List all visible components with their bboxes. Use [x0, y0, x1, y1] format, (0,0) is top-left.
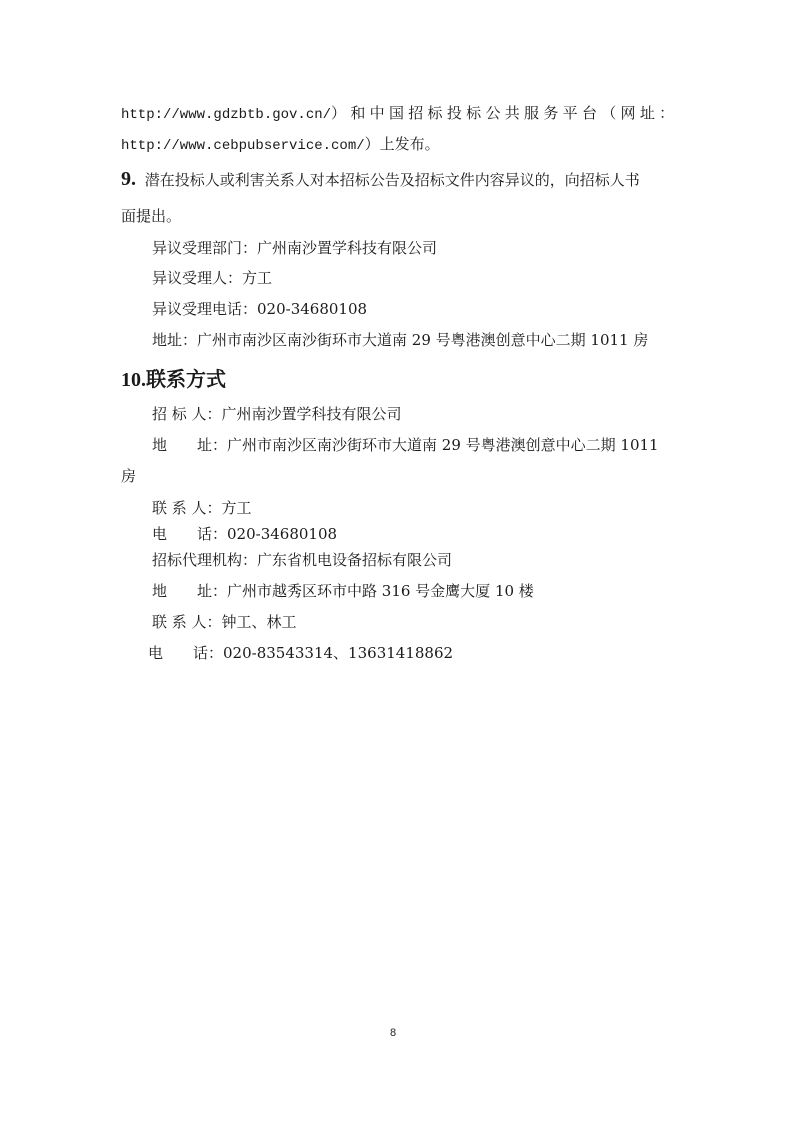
- url-gdzbtb[interactable]: http://www.gdzbtb.gov.cn/: [121, 107, 331, 123]
- section-10-heading: 10.联系方式: [121, 366, 226, 393]
- objection-department: 异议受理部门：广州南沙置学科技有限公司: [152, 238, 437, 258]
- objection-phone-value: 020-34680108: [257, 300, 367, 318]
- intro-text-2: ）上发布。: [365, 135, 440, 153]
- tenderer-phone-value: 020-34680108: [227, 525, 337, 543]
- agency-contact-value: 钟工、林工: [222, 613, 297, 631]
- section-10-title: 联系方式: [146, 367, 226, 391]
- objection-address-label: 地址：: [152, 331, 197, 349]
- tenderer-name-label: 招 标 人：: [152, 405, 222, 423]
- tenderer-contact-label: 联 系 人：: [152, 499, 222, 517]
- document-page: http://www.gdzbtb.gov.cn/）和中国招标投标公共服务平台（…: [0, 0, 794, 1123]
- agency-contact-label: 联 系 人：: [152, 613, 222, 631]
- objection-phone: 异议受理电话：020-34680108: [152, 299, 367, 319]
- tenderer-address: 地址：广州市南沙区南沙街环市大道南 29 号粤港澳创意中心二期 1011: [152, 435, 659, 455]
- agency-phone-value: 020-83543314、13631418862: [223, 644, 453, 662]
- tenderer-name: 招 标 人：广州南沙置学科技有限公司: [152, 404, 402, 424]
- agency-phone-label-2: 话：: [193, 644, 223, 662]
- objection-address-value: 广州市南沙区南沙街环市大道南 29 号粤港澳创意中心二期 1011 房: [197, 331, 648, 349]
- agency-name-label: 招标代理机构：: [152, 551, 257, 569]
- section-9-text-1: 潜在投标人或利害关系人对本招标公告及招标文件内容异议的，向招标人书: [145, 171, 640, 189]
- tenderer-name-value: 广州南沙置学科技有限公司: [222, 405, 402, 423]
- tenderer-phone-label-1: 电: [152, 524, 197, 544]
- section-9-line-2: 面提出。: [121, 206, 181, 226]
- tenderer-address-value-2: 房: [121, 467, 136, 485]
- page-number: 8: [390, 1027, 396, 1039]
- objection-address: 地址：广州市南沙区南沙街环市大道南 29 号粤港澳创意中心二期 1011 房: [152, 330, 648, 350]
- objection-contact-label: 异议受理人：: [152, 269, 242, 287]
- agency-address-label-2: 址：: [197, 582, 227, 600]
- intro-line-1: http://www.gdzbtb.gov.cn/）和中国招标投标公共服务平台（…: [121, 103, 678, 125]
- tenderer-address-label-2: 址：: [197, 436, 227, 454]
- intro-text-1: ）和中国招标投标公共服务平台（网址：: [331, 104, 678, 122]
- section-9-line-1: 9. 潜在投标人或利害关系人对本招标公告及招标文件内容异议的，向招标人书: [121, 169, 640, 190]
- url-cebpubservice[interactable]: http://www.cebpubservice.com/: [121, 138, 365, 154]
- agency-address: 地址：广州市越秀区环市中路 316 号金鹰大厦 10 楼: [152, 581, 534, 601]
- agency-phone: 电话：020-83543314、13631418862: [148, 643, 453, 663]
- objection-contact: 异议受理人：方工: [152, 268, 272, 288]
- section-10-number: 10.: [121, 369, 146, 391]
- section-9-text-2: 面提出。: [121, 207, 181, 225]
- agency-name-value: 广东省机电设备招标有限公司: [257, 551, 452, 569]
- tenderer-address-continuation: 房: [121, 466, 136, 486]
- intro-line-2: http://www.cebpubservice.com/）上发布。: [121, 134, 440, 156]
- tenderer-contact: 联 系 人：方工: [152, 498, 252, 518]
- objection-contact-value: 方工: [242, 269, 272, 287]
- tenderer-address-label-1: 地: [152, 435, 197, 455]
- agency-phone-label-1: 电: [148, 643, 193, 663]
- objection-department-label: 异议受理部门：: [152, 239, 257, 257]
- agency-name: 招标代理机构：广东省机电设备招标有限公司: [152, 550, 452, 570]
- section-9-number: 9.: [121, 168, 136, 190]
- agency-address-label-1: 地: [152, 581, 197, 601]
- objection-department-value: 广州南沙置学科技有限公司: [257, 239, 437, 257]
- agency-address-value: 广州市越秀区环市中路 316 号金鹰大厦 10 楼: [227, 582, 534, 600]
- tenderer-phone-label-2: 话：: [197, 525, 227, 543]
- agency-contact: 联 系 人：钟工、林工: [152, 612, 297, 632]
- objection-phone-label: 异议受理电话：: [152, 300, 257, 318]
- tenderer-phone: 电话：020-34680108: [152, 524, 337, 544]
- tenderer-contact-value: 方工: [222, 499, 252, 517]
- tenderer-address-value: 广州市南沙区南沙街环市大道南 29 号粤港澳创意中心二期 1011: [227, 436, 659, 454]
